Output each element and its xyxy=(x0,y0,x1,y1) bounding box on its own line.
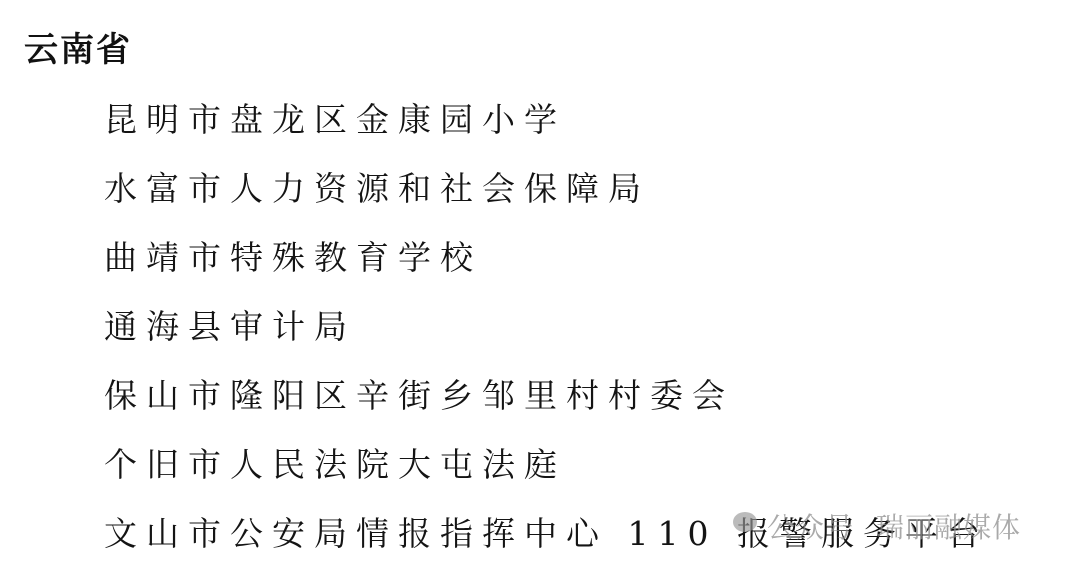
list-item: 曲靖市特殊教育学校 xyxy=(104,232,989,301)
list-item: 保山市隆阳区辛街乡邹里村村委会 xyxy=(104,370,989,439)
list-item: 文山市公安局情报指挥中心 110 报警服务平台 xyxy=(104,508,989,572)
list-item: 水富市人力资源和社会保障局 xyxy=(104,163,989,232)
list-item: 通海县审计局 xyxy=(104,301,989,370)
organization-list: 昆明市盘龙区金康园小学 水富市人力资源和社会保障局 曲靖市特殊教育学校 通海县审… xyxy=(104,94,989,572)
list-item: 个旧市人民法院大屯法庭 xyxy=(104,439,989,508)
list-item: 昆明市盘龙区金康园小学 xyxy=(104,94,989,163)
province-heading: 云南省 xyxy=(24,26,132,74)
